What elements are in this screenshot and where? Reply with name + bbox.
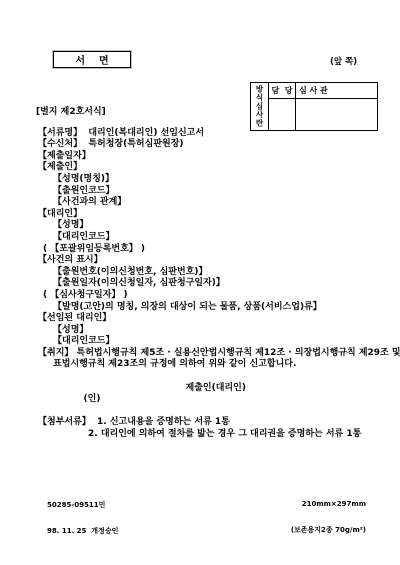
- form-page: { "page": { "title": "서 면", "front_side_…: [0, 0, 400, 565]
- format-review-header-row: 담 당 심 사 관: [269, 83, 377, 99]
- form-line: 【출원일자(이의신청일자, 심판청구일자)】: [53, 278, 394, 290]
- form-line: ( 【포괄위임등록번호】 ): [43, 244, 394, 256]
- seal-placeholder: (인): [84, 394, 101, 404]
- form-line: 【서류명】 대리인(복대리인) 선임신고서: [38, 128, 394, 140]
- footer-revision-date: 98. 11. 25 개정승인: [47, 527, 118, 536]
- footer-form-info: 50285-09511민 98. 11. 25 개정승인: [47, 484, 118, 544]
- form-line: 【취지】 특허법시행규칙 제5조 · 실용신안법시행규칙 제12조 · 의장법시…: [38, 348, 394, 360]
- examiner-column-header: 심 사 관: [296, 83, 377, 98]
- form-line: 【성명(명칭)】: [53, 174, 394, 186]
- form-line: ( 【심사청구일자】 ): [43, 290, 394, 302]
- form-line: 【제출인】: [38, 162, 394, 174]
- form-line: 【사건과의 관계】: [53, 197, 394, 209]
- front-side-label: (앞 쪽): [330, 55, 357, 67]
- form-line: 【대리인코드】: [53, 336, 394, 348]
- form-line: 【성명】: [53, 220, 394, 232]
- form-field-lines: 【서류명】 대리인(복대리인) 선임신고서【수신처】 특허청장(특허심판원장)【…: [38, 128, 394, 371]
- form-line: 【선임된 대리인】: [38, 313, 394, 325]
- footer-paper-size: 210mm×297mm: [291, 500, 366, 509]
- attachment-form-note: [별지 제2호서식]: [36, 107, 394, 119]
- footer-form-number: 50285-09511민: [47, 501, 118, 510]
- form-line: 【대리인】: [38, 209, 394, 221]
- form-line: 표법시행규칙 제23조의 규정에 의하여 위와 같이 신고합니다.: [53, 359, 394, 371]
- form-line: 【수신처】 특허청장(특허심판원장): [38, 139, 394, 151]
- form-line: 【제출일자】: [38, 151, 394, 163]
- form-line: 【발명(고안)의 명칭, 의장의 대상이 되는 물품, 상품(서비스업)류】: [53, 302, 394, 314]
- form-line: 【사건의 표시】: [38, 255, 394, 267]
- form-body: [별지 제2호서식] 【서류명】 대리인(복대리인) 선임신고서【수신처】 특허…: [38, 107, 394, 441]
- form-line: 【출원인코드】: [53, 186, 394, 198]
- form-line: 【성명】: [53, 325, 394, 337]
- form-line: 【출원번호(이의신청번호, 심판번호)】: [53, 267, 394, 279]
- signature-line: 제출인(대리인) (인): [38, 371, 394, 417]
- form-line: 2. 대리인에 의하여 절차를 밟는 경우 그 대리권을 증명하는 서류 1통: [88, 429, 394, 441]
- assignee-column-header: 담 당: [269, 83, 296, 98]
- document-title: 서 면: [75, 52, 108, 67]
- form-line: 【첨부서류】 1. 신고내용을 증명하는 서류 1통: [38, 417, 394, 429]
- document-title-box: 서 면: [53, 51, 131, 68]
- submitter-label: 제출인(대리인): [186, 383, 246, 393]
- form-line: 【대리인코드】: [53, 232, 394, 244]
- footer-paper-info: 210mm×297mm (보존용지2종 70g/m²): [291, 483, 366, 543]
- footer-paper-spec: (보존용지2종 70g/m²): [291, 526, 366, 535]
- attachment-document-lines: 【첨부서류】 1. 신고내용을 증명하는 서류 1통2. 대리인에 의하여 절차…: [38, 417, 394, 440]
